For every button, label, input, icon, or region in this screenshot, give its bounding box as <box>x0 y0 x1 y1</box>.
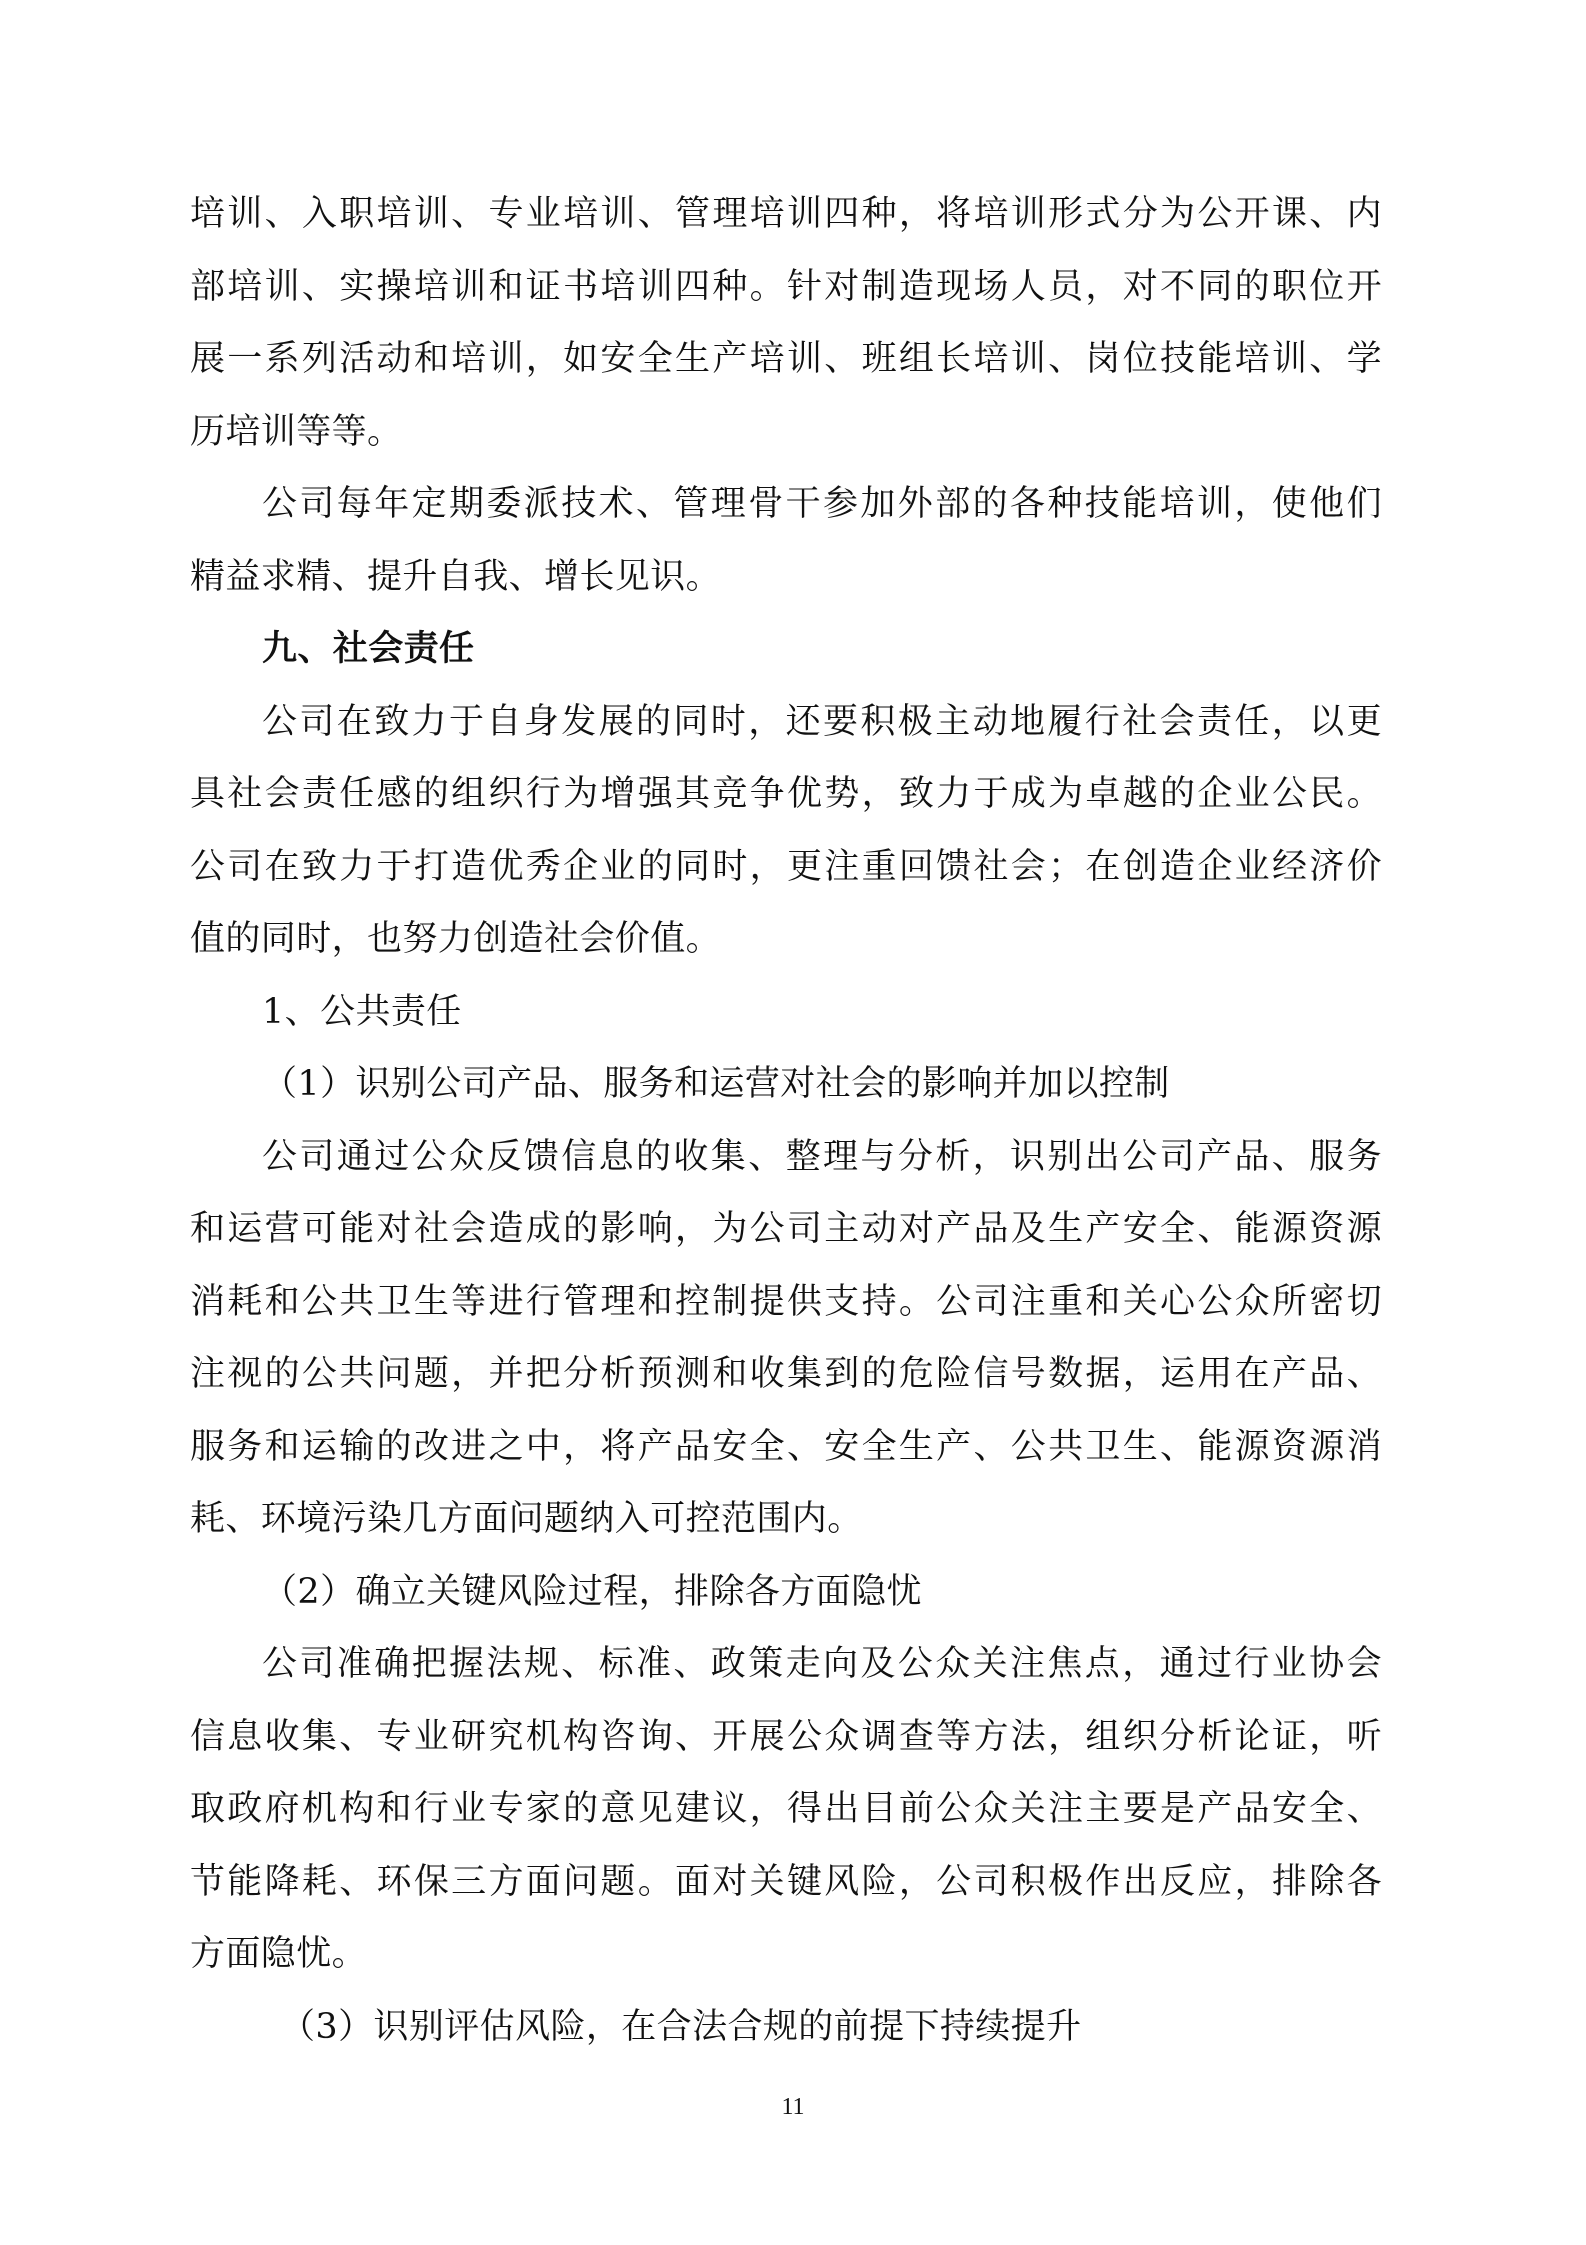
text-line: 展一系列活动和培训，如安全生产培训、班组长培训、岗位技能培训、学 <box>190 323 1382 396</box>
text-line: 取政府机构和行业专家的意见建议，得出目前公众关注主要是产品安全、 <box>190 1773 1382 1846</box>
text-line: 培训、入职培训、专业培训、管理培训四种，将培训形式分为公开课、内 <box>190 178 1382 251</box>
text-line: 公司每年定期委派技术、管理骨干参加外部的各种技能培训，使他们 <box>262 468 1382 541</box>
text-line: 信息收集、专业研究机构咨询、开展公众调查等方法，组织分析论证，听 <box>190 1701 1382 1774</box>
text-line: 公司准确把握法规、标准、政策走向及公众关注焦点，通过行业协会 <box>262 1628 1382 1701</box>
text-line: 具社会责任感的组织行为增强其竞争优势，致力于成为卓越的企业公民。 <box>190 758 1382 831</box>
text-line: 方面隐忧。 <box>190 1918 367 1991</box>
text-line: 注视的公共问题，并把分析预测和收集到的危险信号数据，运用在产品、 <box>190 1338 1382 1411</box>
text-line: 历培训等等。 <box>190 396 402 469</box>
text-line: 精益求精、提升自我、增长见识。 <box>190 541 721 614</box>
subsection-item-heading: （3）识别评估风险，在合法合规的前提下持续提升 <box>280 1991 1081 2064</box>
text-line: 公司在致力于自身发展的同时，还要积极主动地履行社会责任，以更 <box>262 686 1382 759</box>
text-line: 公司在致力于打造优秀企业的同时，更注重回馈社会；在创造企业经济价 <box>190 831 1382 904</box>
subsection-heading: 1、公共责任 <box>262 976 462 1049</box>
text-line: 节能降耗、环保三方面问题。面对关键风险，公司积极作出反应，排除各 <box>190 1846 1382 1919</box>
text-line: 消耗和公共卫生等进行管理和控制提供支持。公司注重和关心公众所密切 <box>190 1266 1382 1339</box>
subsection-item-heading: （2）确立关键风险过程，排除各方面隐忧 <box>262 1556 922 1629</box>
text-line: 耗、环境污染几方面问题纳入可控范围内。 <box>190 1483 863 1556</box>
page-number: 11 <box>0 2094 1586 2121</box>
section-heading: 九、社会责任 <box>262 613 474 686</box>
text-line: 值的同时，也努力创造社会价值。 <box>190 903 721 976</box>
text-line: 服务和运输的改进之中，将产品安全、安全生产、公共卫生、能源资源消 <box>190 1411 1382 1484</box>
document-page: 培训、入职培训、专业培训、管理培训四种，将培训形式分为公开课、内 部培训、实操培… <box>0 0 1586 2245</box>
subsection-item-heading: （1）识别公司产品、服务和运营对社会的影响并加以控制 <box>262 1048 1170 1121</box>
text-line: 部培训、实操培训和证书培训四种。针对制造现场人员，对不同的职位开 <box>190 251 1382 324</box>
text-line: 和运营可能对社会造成的影响，为公司主动对产品及生产安全、能源资源 <box>190 1193 1382 1266</box>
text-line: 公司通过公众反馈信息的收集、整理与分析，识别出公司产品、服务 <box>262 1121 1382 1194</box>
